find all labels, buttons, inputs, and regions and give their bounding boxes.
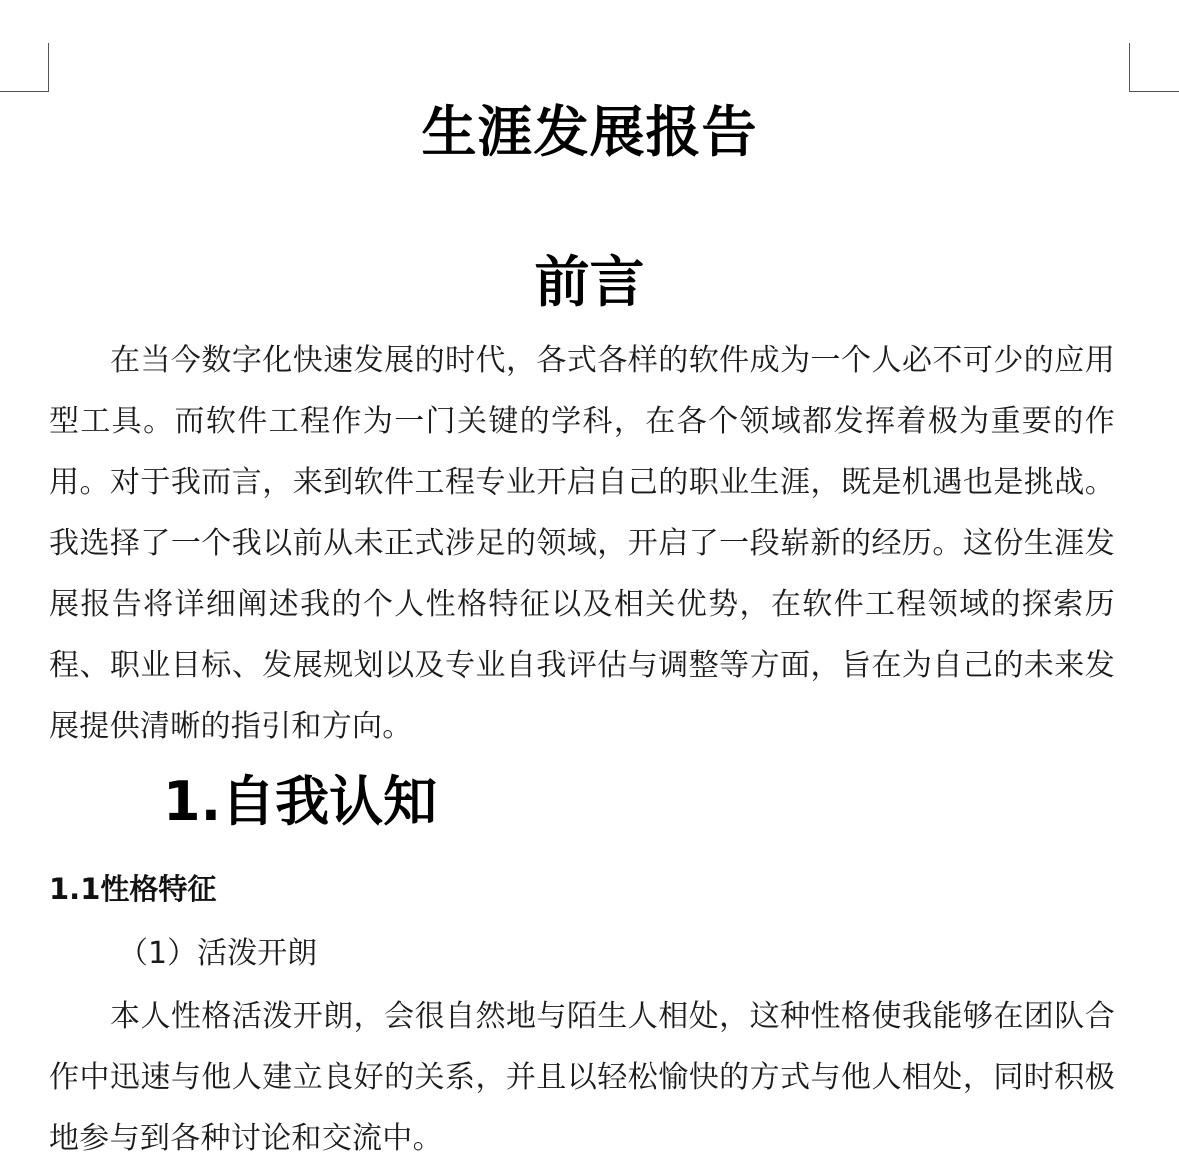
preface-paragraph: 在当今数字化快速发展的时代，各式各样的软件成为一个人必不可少的应用型工具。而软件…: [49, 330, 1115, 757]
page-margin-corner-top-right: [1129, 43, 1179, 92]
subsection-heading-personality-traits: 1.1性格特征: [49, 866, 216, 912]
list-item-heading-outgoing: （1）活泼开朗: [118, 930, 317, 978]
preface-heading: 前言: [0, 242, 1179, 322]
personality-paragraph: 本人性格活泼开朗，会很自然地与陌生人相处，这种性格使我能够在团队合作中迅速与他人…: [49, 986, 1115, 1169]
section-heading-self-awareness: 1.自我认知: [163, 762, 437, 842]
document-title: 生涯发展报告: [0, 92, 1179, 172]
page-margin-corner-top-left: [0, 43, 49, 92]
